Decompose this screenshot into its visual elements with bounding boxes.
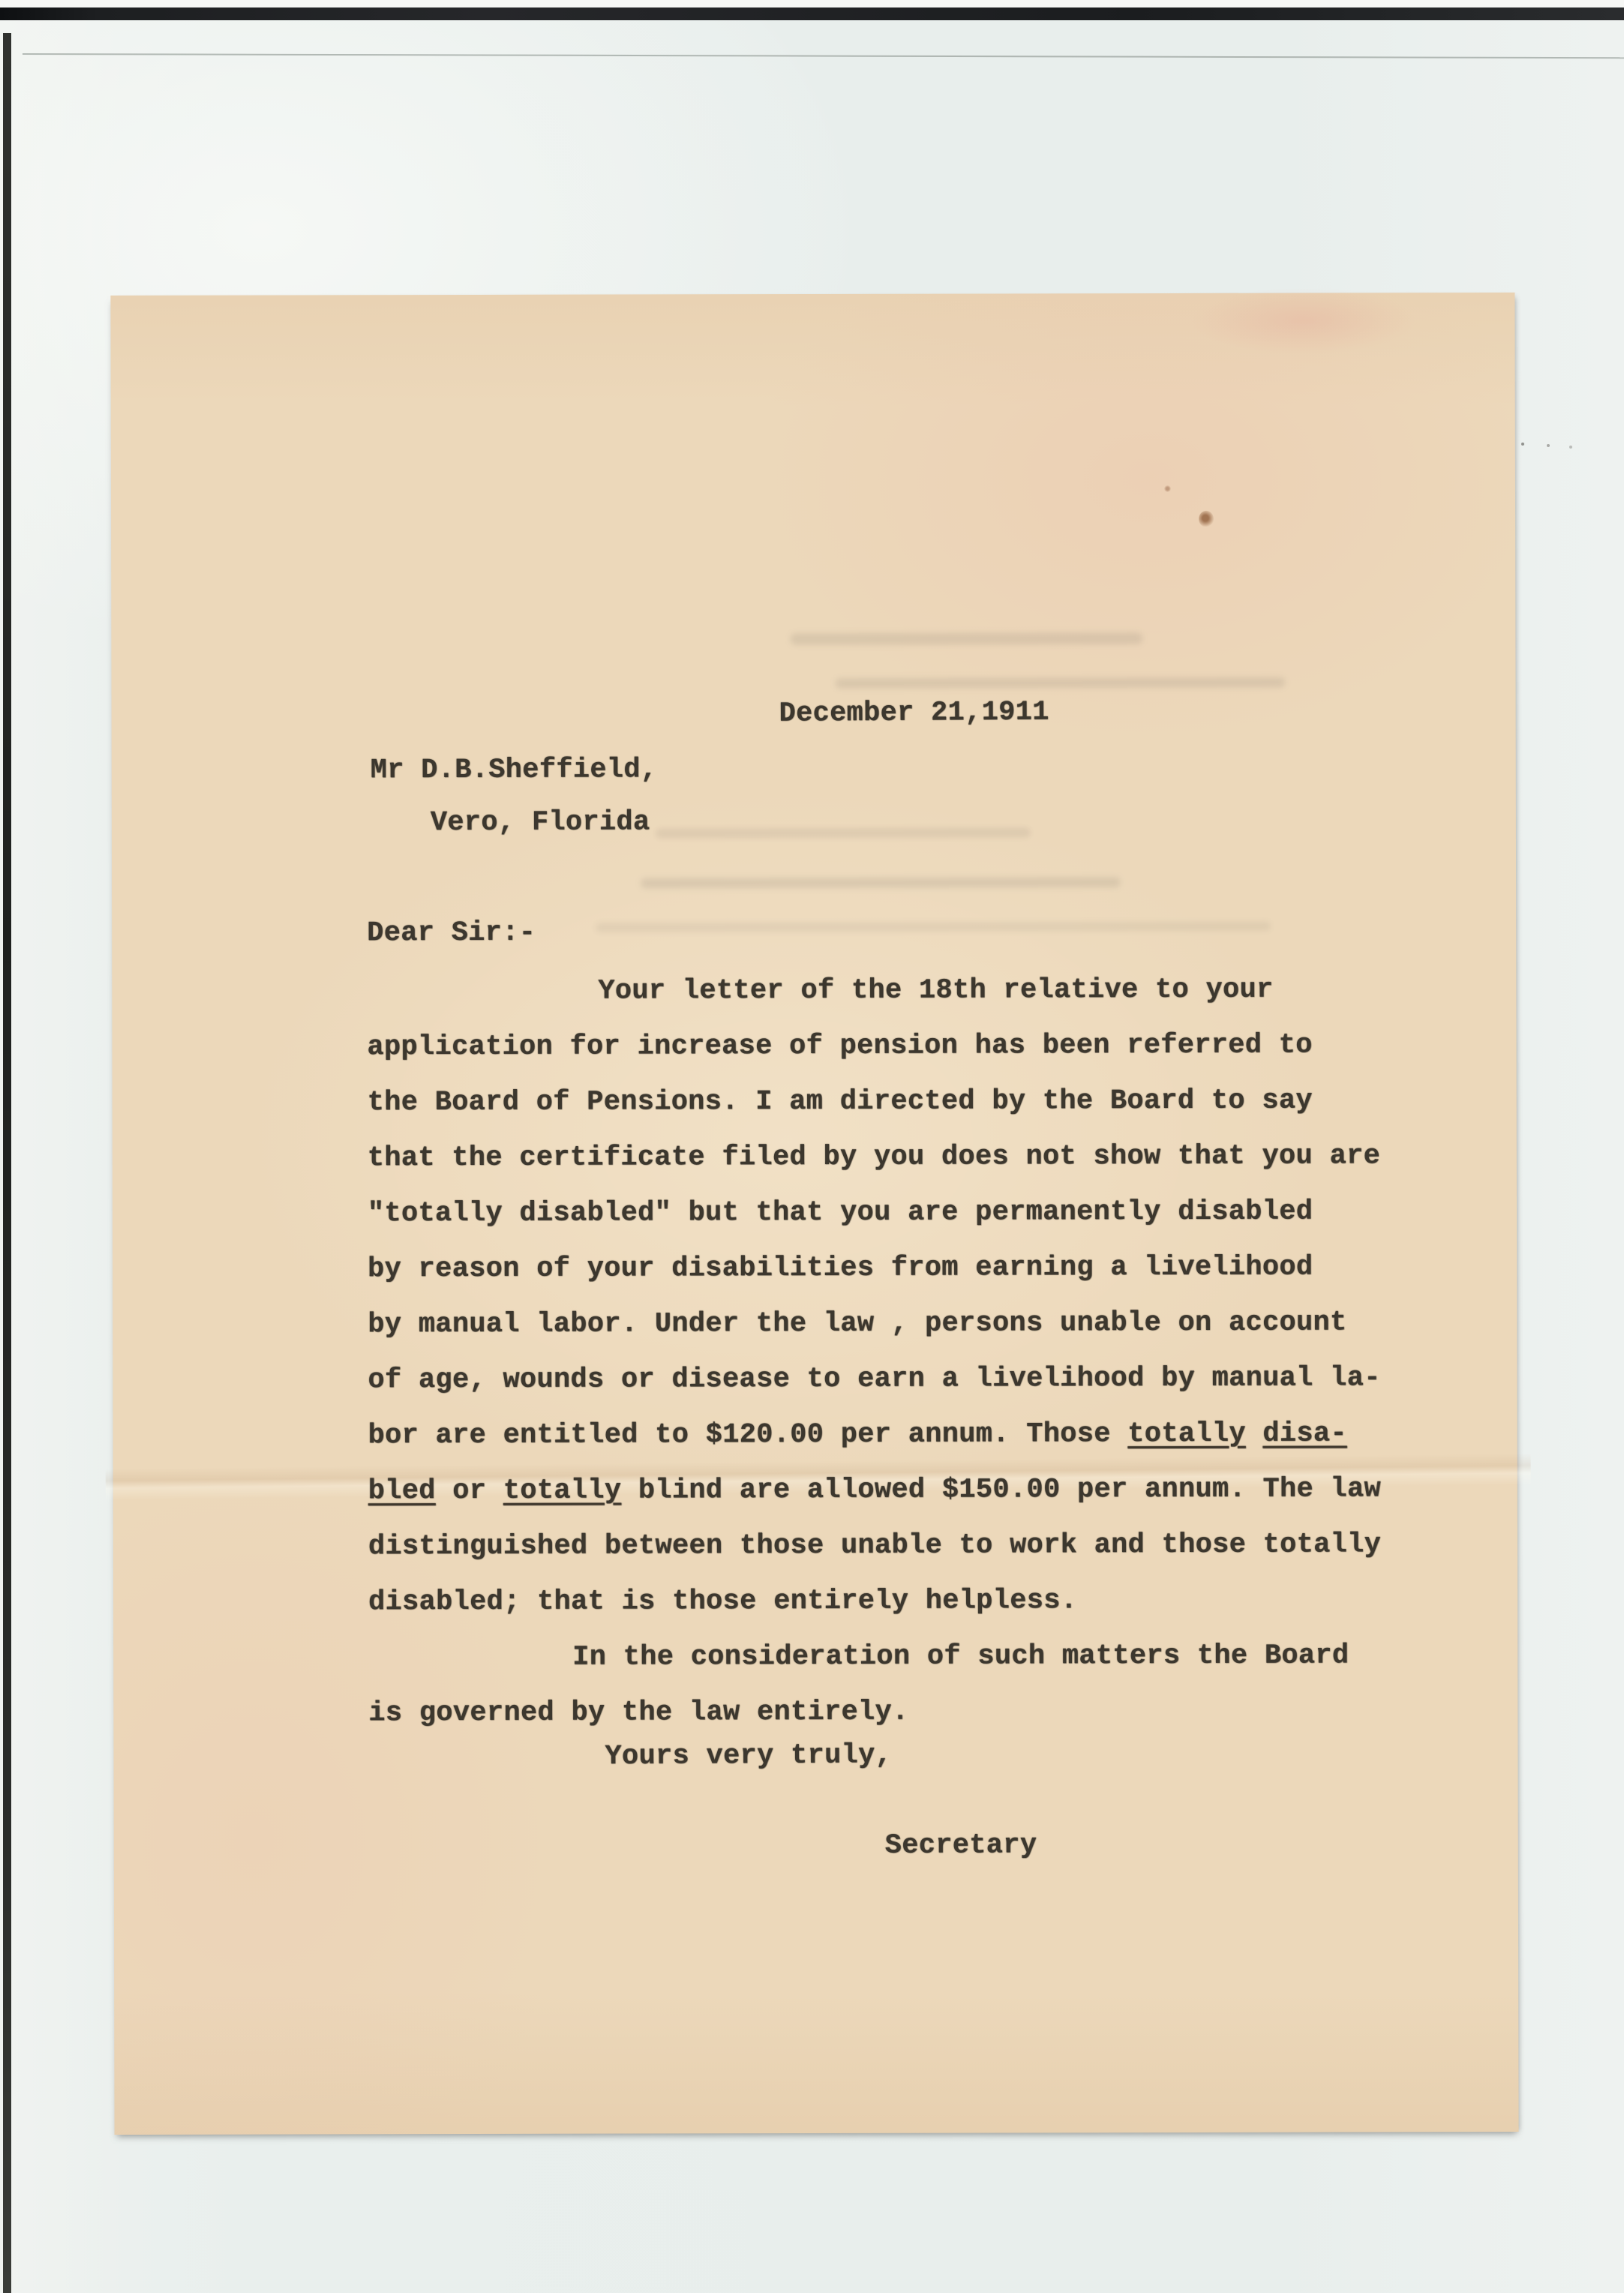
body-text	[1246, 1418, 1263, 1450]
dust-specks	[1521, 443, 1524, 446]
body-line-2: application for increase of pension has …	[367, 1030, 1312, 1064]
body-line-4: that the certificate filed by you does n…	[368, 1140, 1380, 1174]
closing-line: Yours very truly,	[605, 1739, 892, 1772]
body-line-8: of age, wounds or disease to earn a live…	[368, 1362, 1380, 1396]
underlined-text: totally	[503, 1475, 622, 1507]
underlined-text: totally	[1127, 1418, 1246, 1450]
body-line-1: Your letter of the 18th relative to your	[598, 974, 1273, 1007]
body-line-13: In the consideration of such matters the…	[572, 1640, 1349, 1674]
underlined-text: bled	[368, 1475, 436, 1507]
scan-top-margin	[0, 0, 1624, 8]
underlined-text: disa-	[1262, 1418, 1347, 1450]
body-line-11: distinguished between those unable to wo…	[368, 1529, 1381, 1562]
body-line-7: by manual labor. Under the law , persons…	[368, 1307, 1346, 1341]
recipient-name-line: Mr D.B.Sheffield,	[371, 754, 658, 786]
letter-paper: December 21,1911 Mr D.B.Sheffield, Vero,…	[110, 293, 1518, 2135]
paper-spot	[1199, 511, 1214, 527]
body-line-5: "totally disabled" but that you are perm…	[368, 1196, 1313, 1230]
body-line-14: is governed by the law entirely.	[368, 1697, 908, 1730]
ink-bleedthrough-mark	[596, 922, 1271, 932]
body-text: blind are allowed $150.00 per annum. The…	[621, 1473, 1381, 1506]
scanned-letter-page: December 21,1911 Mr D.B.Sheffield, Vero,…	[0, 0, 1624, 2293]
scanner-left-edge	[3, 33, 11, 2293]
scanner-top-edge	[0, 8, 1624, 20]
signature-line: Secretary	[885, 1829, 1037, 1862]
paper-spot	[1164, 485, 1171, 492]
ink-bleedthrough-mark	[641, 877, 1121, 888]
body-text: or	[436, 1475, 503, 1507]
salutation-line: Dear Sir:-	[367, 917, 536, 950]
scanner-lid-seam	[23, 53, 1624, 59]
ink-bleedthrough-mark	[656, 827, 1031, 838]
ink-bleedthrough-mark	[790, 632, 1142, 645]
body-line-3: the Board of Pensions. I am directed by …	[368, 1085, 1313, 1119]
date-line: December 21,1911	[779, 697, 1049, 731]
body-line-9: bor are entitled to $120.00 per annum. T…	[368, 1418, 1347, 1452]
paper-stain	[1190, 287, 1415, 355]
ink-bleedthrough-mark	[836, 677, 1286, 689]
body-line-10: bled or totally blind are allowed $150.0…	[368, 1473, 1381, 1507]
body-line-6: by reason of your disabilities from earn…	[368, 1252, 1313, 1286]
recipient-place-line: Vero, Florida	[431, 806, 650, 839]
body-text: bor are entitled to $120.00 per annum. T…	[368, 1418, 1128, 1451]
body-line-12: disabled; that is those entirely helples…	[368, 1585, 1077, 1619]
